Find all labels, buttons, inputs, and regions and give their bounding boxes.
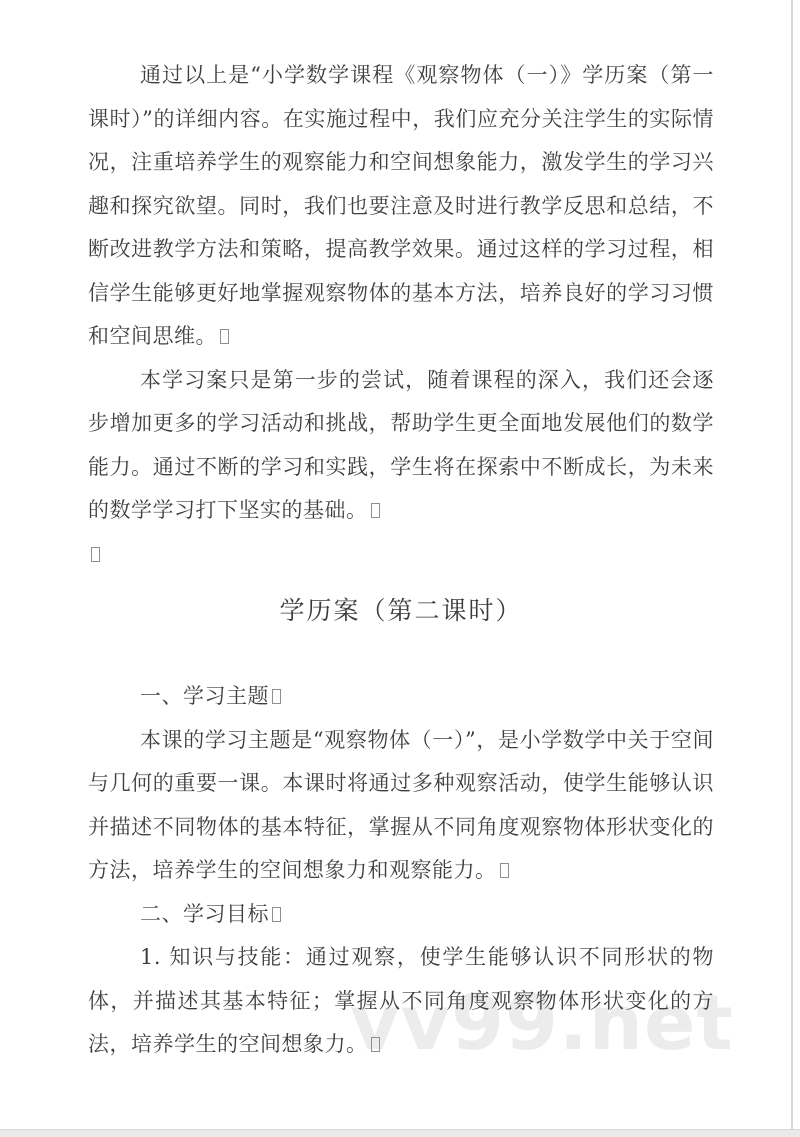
section-title-text: 一、学习主题: [140, 684, 269, 708]
paragraph-mark-icon: [272, 689, 281, 704]
document-content: 通过以上是“小学数学课程《观察物体（一）》学历案（第一课时）”的详细内容。在实施…: [88, 54, 714, 1067]
paragraph-text: 1. 知识与技能：通过观察，使学生能够认识不同形状的物体，并描述其基本特征；掌握…: [88, 945, 714, 1056]
section-2-title: 二、学习目标: [88, 893, 714, 937]
document-page: vv99.net 通过以上是“小学数学课程《观察物体（一）》学历案（第一课时）”…: [0, 0, 800, 1137]
paragraph-text: 本学习案只是第一步的尝试，随着课程的深入，我们还会逐步增加更多的学习活动和挑战，…: [88, 368, 714, 523]
closing-paragraph-2: 本学习案只是第一步的尝试，随着课程的深入，我们还会逐步增加更多的学习活动和挑战，…: [88, 359, 714, 533]
paragraph-text: 通过以上是“小学数学课程《观察物体（一）》学历案（第一课时）”的详细内容。在实施…: [88, 63, 714, 348]
page-bottom-edge: [0, 1129, 800, 1137]
paragraph-mark-icon: [371, 503, 380, 518]
empty-paragraph: [88, 533, 714, 577]
page-title: 学历案（第二课时）: [88, 593, 714, 629]
paragraph-mark-icon: [220, 329, 229, 344]
paragraph-mark-icon: [91, 547, 100, 562]
section-1-body: 本课的学习主题是“观察物体（一）”，是小学数学中关于空间与几何的重要一课。本课时…: [88, 719, 714, 893]
section-title-text: 二、学习目标: [140, 902, 269, 926]
page-right-edge: [791, 0, 793, 1137]
paragraph-text: 本课的学习主题是“观察物体（一）”，是小学数学中关于空间与几何的重要一课。本课时…: [88, 728, 714, 883]
paragraph-mark-icon: [371, 1037, 380, 1052]
section-2-item-1: 1. 知识与技能：通过观察，使学生能够认识不同形状的物体，并描述其基本特征；掌握…: [88, 936, 714, 1067]
paragraph-mark-icon: [500, 863, 509, 878]
paragraph-mark-icon: [272, 907, 281, 922]
closing-paragraph-1: 通过以上是“小学数学课程《观察物体（一）》学历案（第一课时）”的详细内容。在实施…: [88, 54, 714, 359]
section-1-title: 一、学习主题: [88, 675, 714, 719]
